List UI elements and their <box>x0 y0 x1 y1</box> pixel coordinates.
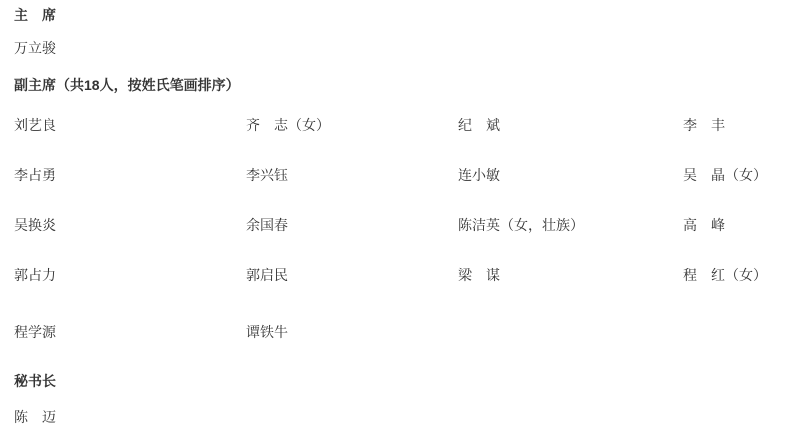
member-name: 李 丰 <box>683 118 786 132</box>
secretary-general-name: 陈 迈 <box>14 410 786 424</box>
member-name: 吴 晶（女） <box>683 168 786 182</box>
member-name: 刘艺良 <box>14 118 246 132</box>
vice-chairmen-row-5: 程学源 谭铁牛 <box>14 325 786 339</box>
member-name: 纪 斌 <box>458 118 683 132</box>
vice-chairmen-row-2: 李占勇 李兴钰 连小敏 吴 晶（女） <box>14 168 786 182</box>
member-name: 郭启民 <box>246 268 458 282</box>
secretary-general-heading: 秘书长 <box>14 374 786 388</box>
member-name: 陈洁英（女，壮族） <box>458 218 683 232</box>
member-name: 李兴钰 <box>246 168 458 182</box>
member-name: 齐 志（女） <box>246 118 458 132</box>
member-name: 连小敏 <box>458 168 683 182</box>
leadership-list: 主 席 万立骏 副主席（共18人，按姓氏笔画排序） 刘艺良 齐 志（女） 纪 斌… <box>0 0 786 427</box>
member-name: 郭占力 <box>14 268 246 282</box>
chairman-name: 万立骏 <box>14 41 786 55</box>
member-name: 高 峰 <box>683 218 786 232</box>
member-name: 程学源 <box>14 325 246 339</box>
member-name <box>683 325 786 339</box>
member-name: 余国春 <box>246 218 458 232</box>
member-name: 谭铁牛 <box>246 325 458 339</box>
member-name: 程 红（女） <box>683 268 786 282</box>
vice-chairmen-row-4: 郭占力 郭启民 梁 谋 程 红（女） <box>14 268 786 282</box>
vice-chairmen-row-3: 吴换炎 余国春 陈洁英（女，壮族） 高 峰 <box>14 218 786 232</box>
member-name: 梁 谋 <box>458 268 683 282</box>
chairman-heading: 主 席 <box>14 8 786 22</box>
member-name <box>458 325 683 339</box>
member-name: 吴换炎 <box>14 218 246 232</box>
member-name: 李占勇 <box>14 168 246 182</box>
vice-chairmen-row-1: 刘艺良 齐 志（女） 纪 斌 李 丰 <box>14 118 786 132</box>
vice-chairmen-heading: 副主席（共18人，按姓氏笔画排序） <box>14 78 786 92</box>
